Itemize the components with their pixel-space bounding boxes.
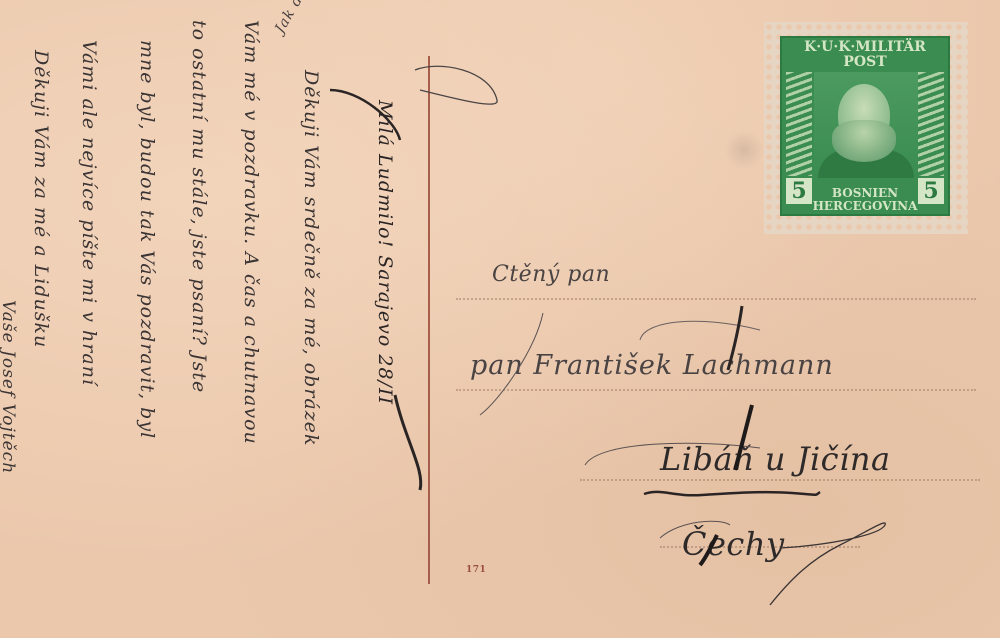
stamp-country-line-2: HERCEGOVINA <box>782 200 948 213</box>
address-country: Čechy <box>682 525 785 563</box>
message-line-7: Děkuji Vám za mé a Lidušku <box>30 50 52 348</box>
address-town: Libáň u Jičína <box>660 440 891 478</box>
stamp-wheat-left-icon <box>786 72 812 176</box>
message-line-5: mne byl, budou tak Vás pozdravit, byl <box>136 40 158 439</box>
message-line-3: Vám mé v pozdravku. A čas a chutnavou <box>240 20 262 445</box>
stamp-country: BOSNIEN HERCEGOVINA <box>782 187 948 213</box>
stamp-header: K·U·K·MILITÄR POST <box>782 38 948 70</box>
message-line-6: Vámi ale nejvíce píšte mi v hraní <box>78 40 100 386</box>
postage-stamp: K·U·K·MILITÄR POST 5 5 BOSNIEN HERCEGOVI… <box>780 36 950 216</box>
message-line-2: Děkuji Vám srdečně za mé, obrázek <box>300 70 322 447</box>
town-underline-flourish <box>642 488 822 498</box>
center-divider-line <box>428 56 430 584</box>
address-line-2 <box>456 389 976 391</box>
message-line-8: Vaše Josef Vojtěch <box>0 300 18 474</box>
print-number: 171 <box>466 565 486 575</box>
message-line-4: to ostatní mu stále, jste psaní? Jste <box>188 20 210 393</box>
stamp-post-label: POST <box>782 55 948 70</box>
message-margin-note: Jak dny 111 <box>272 0 333 36</box>
message-line-1: Milá Ludmilo! Sarajevo 28/II <box>374 100 396 405</box>
stamp-wheat-right-icon <box>918 72 944 176</box>
address-line-3 <box>580 479 980 481</box>
address-name: pan František Lachmann <box>470 350 834 381</box>
postcard: 171 Ctěný pan pan František Lachmann Lib… <box>0 0 1000 638</box>
address-line-1 <box>456 298 976 300</box>
stamp-top-line: K·U·K·MILITÄR <box>804 39 926 55</box>
address-salutation: Ctěný pan <box>492 262 610 287</box>
postmark-smudge <box>724 130 764 170</box>
portrait-stamp-icon <box>814 72 918 178</box>
